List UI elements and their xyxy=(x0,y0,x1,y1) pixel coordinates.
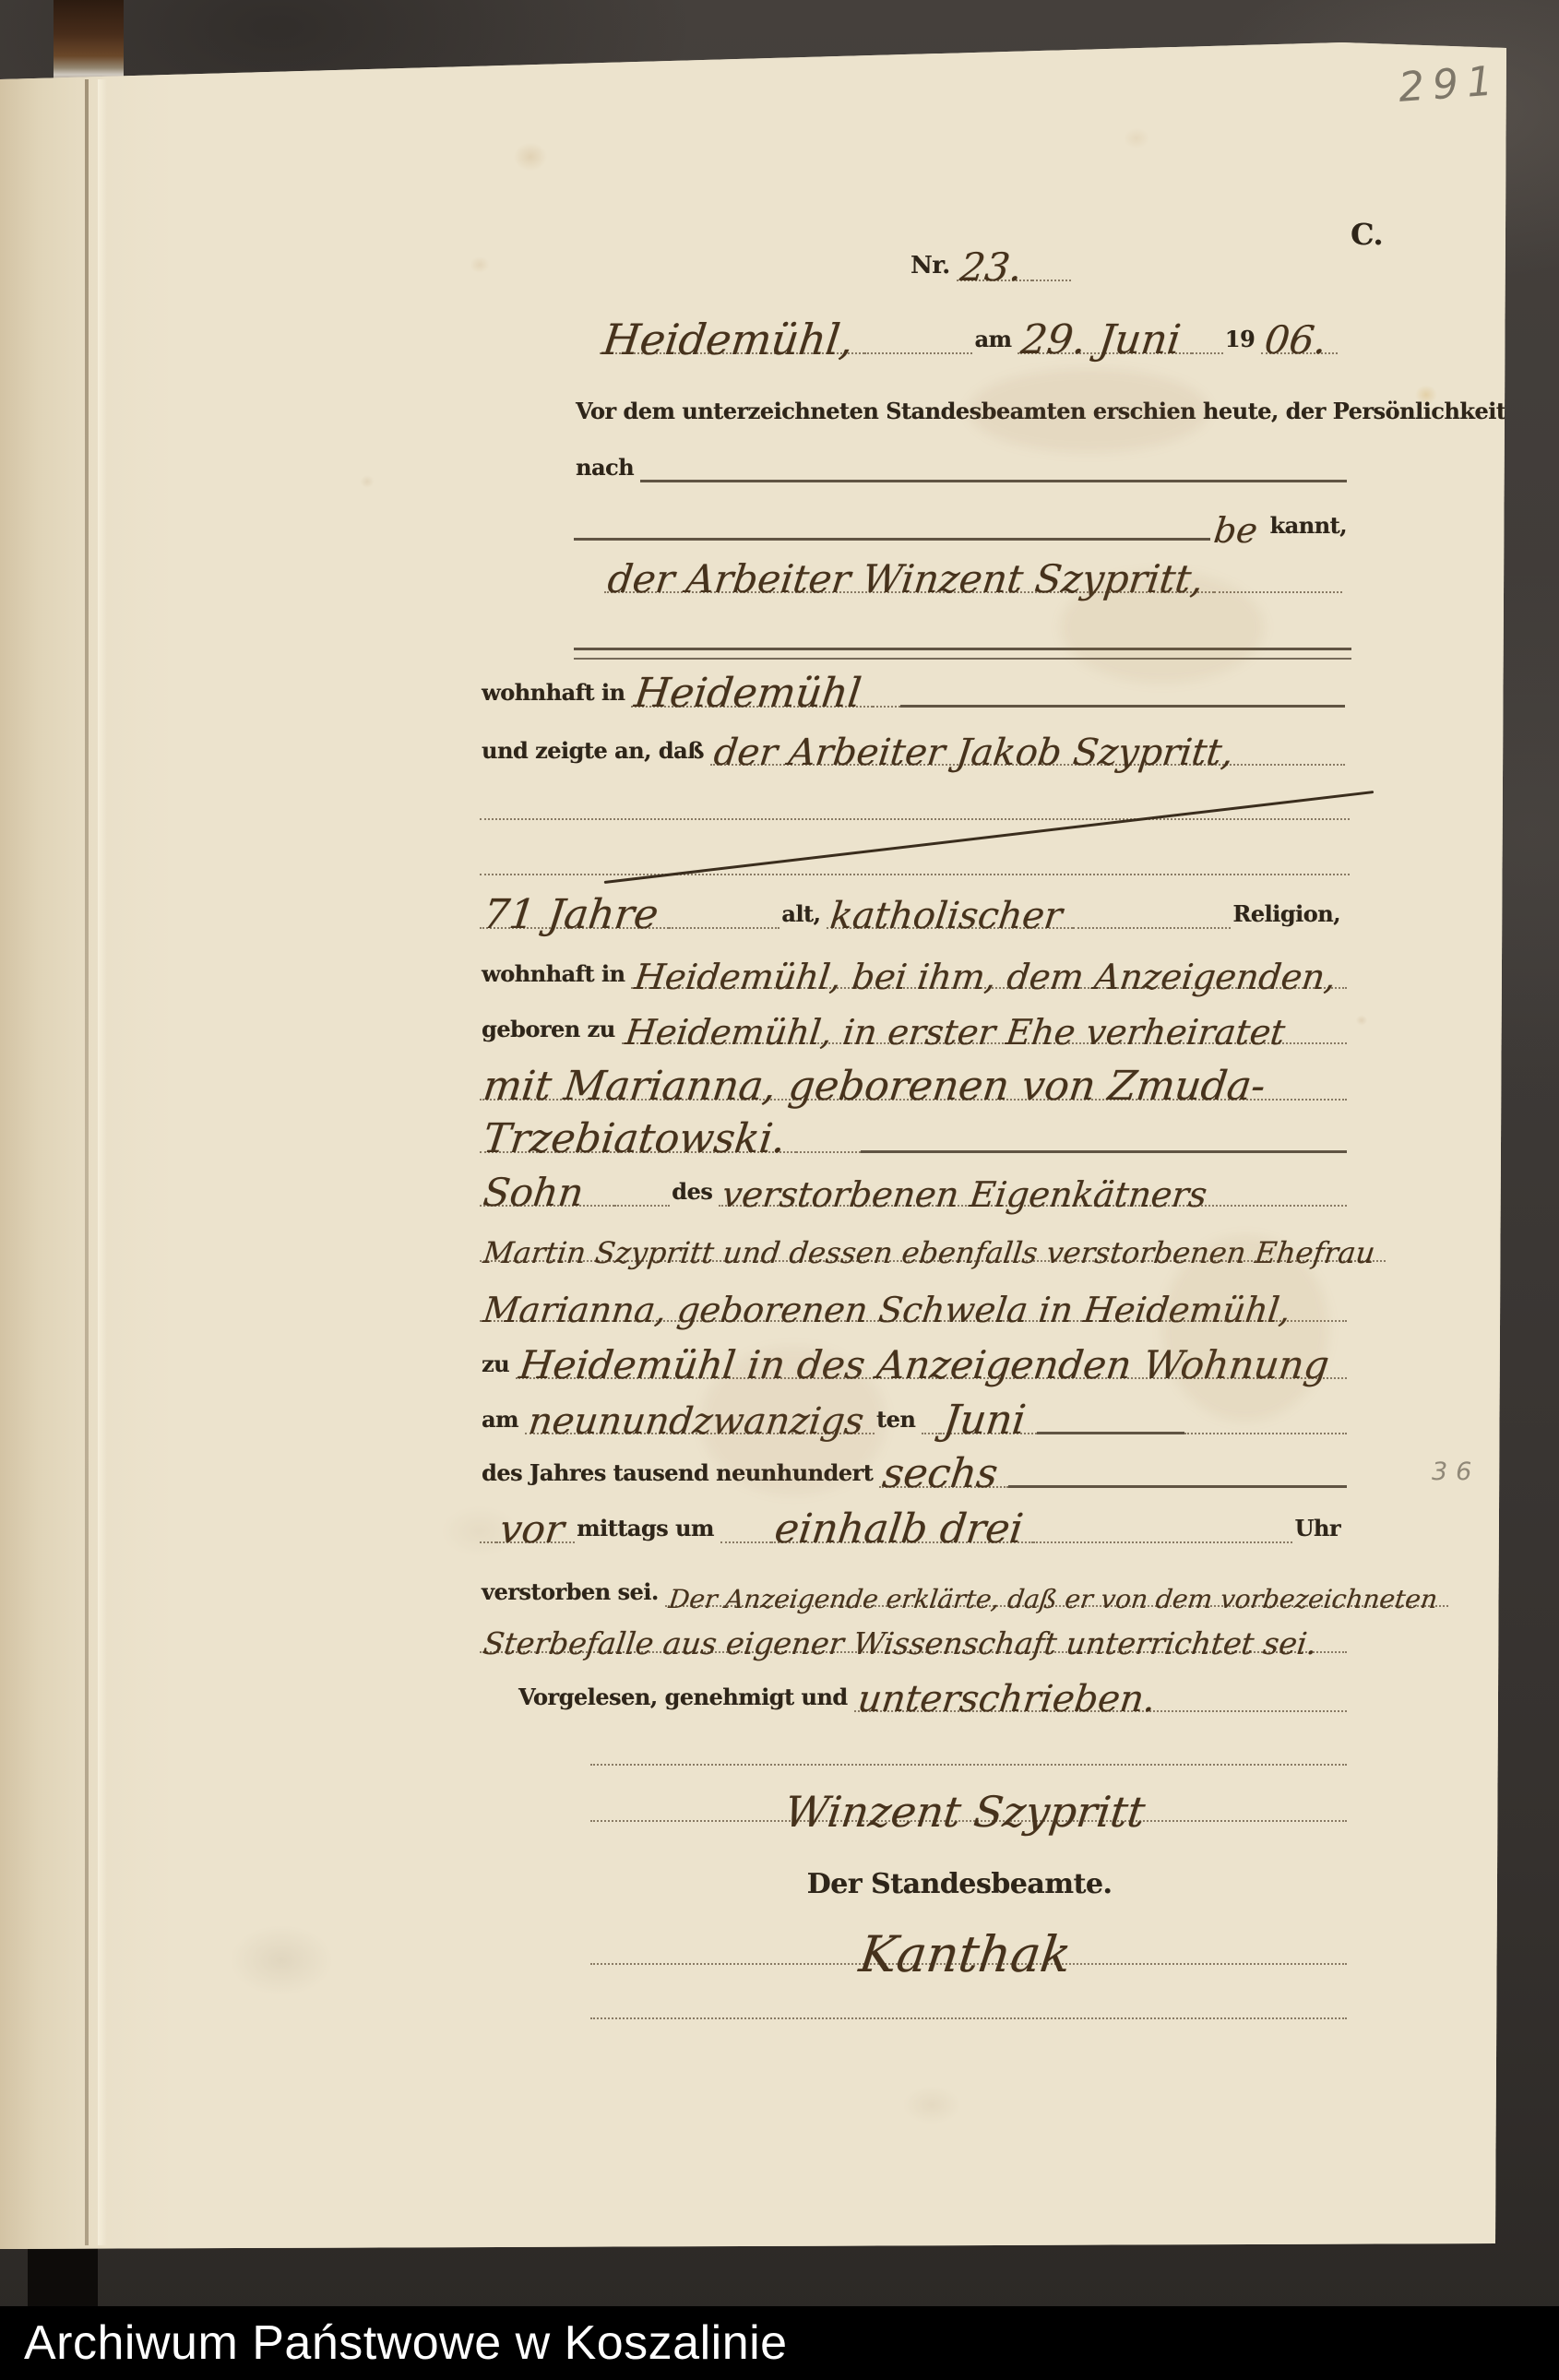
binding-crease xyxy=(85,79,89,2245)
book-spine-edge xyxy=(54,0,124,85)
form-series-letter: C. xyxy=(1349,220,1389,253)
ink-bleedthrough xyxy=(969,369,1208,452)
document-sheet: Nr. 23. C. 291 Heidemühl, am 29. Juni 19… xyxy=(0,0,1559,2380)
residence-entry: Heidemühl xyxy=(629,675,875,712)
signature-declarant: Winzent Szypritt xyxy=(779,1792,1158,1831)
vor-entry: vor xyxy=(494,1512,577,1548)
signature-official: Kanthak xyxy=(853,1932,1085,1978)
zu-label: zu xyxy=(480,1353,516,1379)
place-entry: Heidemühl, xyxy=(597,320,866,359)
religion-label: Religion, xyxy=(1231,903,1347,929)
sohn-entry: Sohn xyxy=(478,1175,617,1211)
pencil-margin-note: 36 xyxy=(1432,1458,1480,1486)
parent-entry1: verstorbenen Eigenkätners xyxy=(717,1179,1220,1211)
vorgelesen-label: Vorgelesen, genehmigt und xyxy=(517,1686,854,1712)
declaration-entry2: Sterbefalle aus eigener Wissenschaft unt… xyxy=(478,1630,1329,1658)
intro-line: Vor dem unterzeichneten Standesbeamten e… xyxy=(574,393,1358,426)
year-prefix: 19 xyxy=(1223,328,1261,354)
marriage-line2: Trzebiatowski. xyxy=(480,1094,1347,1153)
nach-label: nach xyxy=(574,457,640,482)
death-year-line: des Jahres tausend neunhundert sechs xyxy=(480,1433,1347,1488)
wohnhaft2-label: wohnhaft in xyxy=(480,963,631,989)
religion-entry: katholischer xyxy=(825,899,1076,934)
ink-bleedthrough xyxy=(1162,1236,1328,1421)
vorgelesen-line: Vorgelesen, genehmigt und unterschrieben… xyxy=(517,1657,1347,1712)
nr-label: Nr. xyxy=(909,254,957,281)
am2-label: am xyxy=(480,1409,525,1434)
ruled-line xyxy=(480,818,1350,820)
declaration-line2: Sterbefalle aus eigener Wissenschaft unt… xyxy=(480,1603,1347,1653)
archive-watermark-bar: Archiwum Państwowe w Koszalinie xyxy=(0,2306,1559,2380)
geboren-label: geboren zu xyxy=(480,1018,622,1044)
year-entry: 06. xyxy=(1259,323,1340,359)
uhr-label: Uhr xyxy=(1292,1517,1347,1543)
age-religion-line: 71 Jahre alt, katholischer Religion, xyxy=(480,868,1347,929)
death-time-entry: einhalb drei xyxy=(768,1511,1036,1548)
ink-bleedthrough xyxy=(701,1347,886,1494)
ruled-line xyxy=(590,2017,1347,2019)
date-entry: 29. Juni xyxy=(1016,322,1194,359)
bekannt-line: be kannt, xyxy=(574,485,1353,541)
am-label: am xyxy=(972,328,1018,354)
ink-bleedthrough xyxy=(1061,572,1264,683)
scanned-register-page: Nr. 23. C. 291 Heidemühl, am 29. Juni 19… xyxy=(0,0,1559,2380)
zeigte-label: und zeigte an, daß xyxy=(480,740,710,766)
wohnhaft-label: wohnhaft in xyxy=(480,682,631,708)
official-signature-line: Kanthak xyxy=(590,1894,1347,1965)
place-date-line: Heidemühl, am 29. Juni 19 06. xyxy=(600,286,1338,354)
age-entry: 71 Jahre xyxy=(478,897,672,934)
record-number-value: 23. xyxy=(954,250,1035,286)
birth-line: geboren zu Heidemühl, in erster Ehe verh… xyxy=(480,987,1347,1044)
pencil-page-number: 291 xyxy=(1397,57,1502,112)
marriage-line1: mit Marianna, geborenen von Zmuda- xyxy=(480,1041,1347,1101)
nach-line: nach xyxy=(574,438,1347,482)
parent-line1: Sohn des verstorbenen Eigenkätners xyxy=(480,1149,1347,1207)
death-time-line: vor mittags um einhalb drei Uhr xyxy=(480,1486,1347,1543)
deceased-entry: der Arbeiter Jakob Szypritt, xyxy=(708,736,1246,770)
record-number-line: Nr. 23. xyxy=(909,224,1112,281)
archive-name: Archiwum Państwowe w Koszalinie xyxy=(0,2315,788,2371)
mittags-label: mittags um xyxy=(575,1517,720,1543)
alt-label: alt, xyxy=(779,903,827,929)
declaration-line1: verstorben sei. Der Anzeigende erklärte,… xyxy=(480,1557,1351,1607)
deceased-line: und zeigte an, daß der Arbeiter Jakob Sz… xyxy=(480,708,1345,766)
declarant-line: der Arbeiter Winzent Szypritt, xyxy=(604,534,1342,593)
binding-crease-highlight xyxy=(98,79,107,2245)
unterschrieben-entry: unterschrieben. xyxy=(851,1683,1168,1717)
des-label: des xyxy=(670,1181,719,1207)
declarant-signature-line: Winzent Szypritt xyxy=(590,1755,1347,1822)
residence2-line: wohnhaft in Heidemühl, bei ihm, dem Anze… xyxy=(480,932,1347,989)
